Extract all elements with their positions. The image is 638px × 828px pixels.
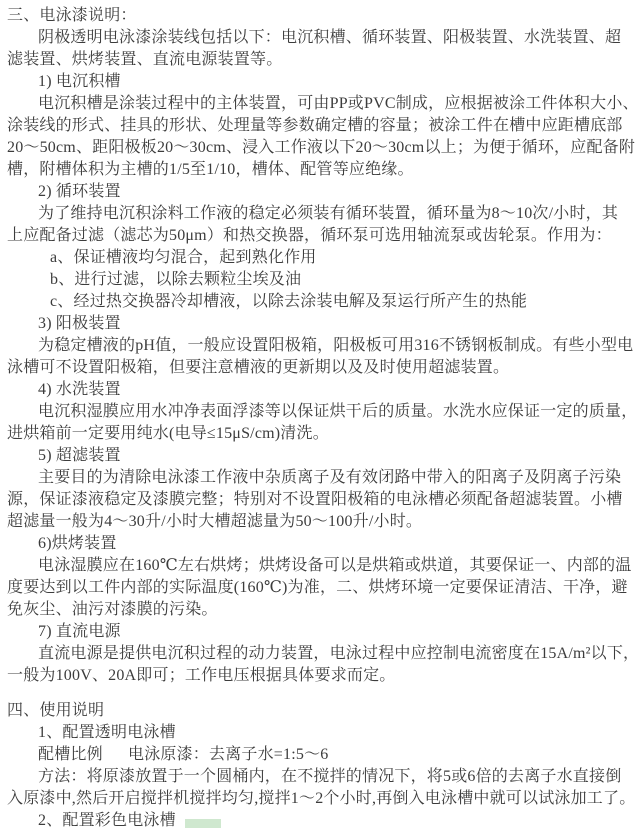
text-line: 上应配备过滤（滤芯为50μm）和热交换器，循环泵可选用轴流泵或齿轮泵。作用为： xyxy=(0,225,638,247)
text-line: 方法：将原漆放置于一个圆桶内，在不搅拌的情况下，将5或6倍的去离子水直接倒 xyxy=(0,766,638,788)
highlight-mark xyxy=(185,819,221,828)
text-line: 电沉积槽是涂装过程中的主体装置，可由PP或PVC制成，应根据被涂工件体积大小、 xyxy=(0,93,638,115)
text-line: 槽，附槽体积为主槽的1/5至1/10，槽体、配管等应绝缘。 xyxy=(0,159,638,181)
usage-item-2-heading: 2、配置彩色电泳槽 xyxy=(0,810,638,828)
item-6-heading: 6)烘烤装置 xyxy=(0,533,638,555)
document-body: 三、电泳漆说明：阴极透明电泳漆涂装线包括以下：电沉积槽、循环装置、阳极装置、水洗… xyxy=(0,5,638,828)
item-5-heading: 5) 超滤装置 xyxy=(0,445,638,467)
text-line: 超滤量一般为4～30升/小时大槽超滤量为50～100升/小时。 xyxy=(0,511,638,533)
text-line: 为稳定槽液的pH值，一般应设置阳极箱，阳极板可用316不锈钢板制成。有些小型电 xyxy=(0,335,638,357)
text-line: 入原漆中,然后开启搅拌机搅拌均匀,搅拌1～2个小时,再倒入电泳槽中就可以试泳加工… xyxy=(0,788,638,810)
usage-item-1-heading: 1、配置透明电泳槽 xyxy=(0,722,638,744)
text-line: 主要目的为清除电泳漆工作液中杂质离子及有效闭路中带入的阳离子及阴离子污染 xyxy=(0,467,638,489)
blank-line xyxy=(0,687,638,700)
item-7-heading: 7) 直流电源 xyxy=(0,621,638,643)
text-line: 源，保证漆液稳定及漆膜完整；特别对不设置阳极箱的电泳槽必须配备超滤装置。小槽 xyxy=(0,489,638,511)
text-line: 电泳湿膜应在160℃左右烘烤；烘烤设备可以是烘箱或烘道，其要保证一、内部的温 xyxy=(0,555,638,577)
item-1-heading: 1) 电沉积槽 xyxy=(0,71,638,93)
list-item-b: b、进行过滤，以除去颗粒尘埃及油 xyxy=(0,269,638,291)
document-page: 三、电泳漆说明：阴极透明电泳漆涂装线包括以下：电沉积槽、循环装置、阳极装置、水洗… xyxy=(0,0,638,828)
text-line: 直流电源是提供电沉积过程的动力装置，电泳过程中应控制电流密度在15A/m²以下， xyxy=(0,643,638,665)
item-3-heading: 3) 阳极装置 xyxy=(0,313,638,335)
text-line: 为了维持电沉积涂料工作液的稳定必须装有循环装置，循环量为8～10次/小时，其 xyxy=(0,203,638,225)
item-4-heading: 4) 水洗装置 xyxy=(0,379,638,401)
section-4-heading: 四、使用说明 xyxy=(0,700,638,722)
text-line: 电沉积湿膜应用水冲净表面浮漆等以保证烘干后的质量。水洗水应保证一定的质量， xyxy=(0,401,638,423)
text-line: 度要达到以工件内部的实际温度(160℃)为准，二、烘烤环境一定要保证清洁、干净，… xyxy=(0,577,638,599)
text-line: 泳槽可不设置阳极箱，但要注意槽液的更新期以及及时使用超滤装置。 xyxy=(0,357,638,379)
list-item-c: c、经过热交换器冷却槽液，以除去涂装电解及泵运行所产生的热能 xyxy=(0,291,638,313)
text-line: 20～50cm、距阳极板20～30cm、浸入工作液以下20～30cm以上；为便于… xyxy=(0,137,638,159)
item-2-heading: 2) 循环装置 xyxy=(0,181,638,203)
section-3-heading: 三、电泳漆说明： xyxy=(0,5,638,27)
text-line: 涂装线的形式、挂具的形状、处理量等参数确定槽的容量；被涂工件在槽中应距槽底部 xyxy=(0,115,638,137)
text-line: 免灰尘、油污对漆膜的污染。 xyxy=(0,599,638,621)
text-line: 滤装置、烘烤装置、直流电源装置等。 xyxy=(0,49,638,71)
list-item-a: a、保证槽液均匀混合，起到熟化作用 xyxy=(0,247,638,269)
text-line: 一般为100V、20A即可；工作电压根据具体要求而定。 xyxy=(0,665,638,687)
ratio-line: 配槽比例 电泳原漆：去离子水=1:5～6 xyxy=(0,744,638,766)
text-line: 进烘箱前一定要用纯水(电导≤15μS/cm)清洗。 xyxy=(0,423,638,445)
text-line: 阴极透明电泳漆涂装线包括以下：电沉积槽、循环装置、阳极装置、水洗装置、超 xyxy=(0,27,638,49)
